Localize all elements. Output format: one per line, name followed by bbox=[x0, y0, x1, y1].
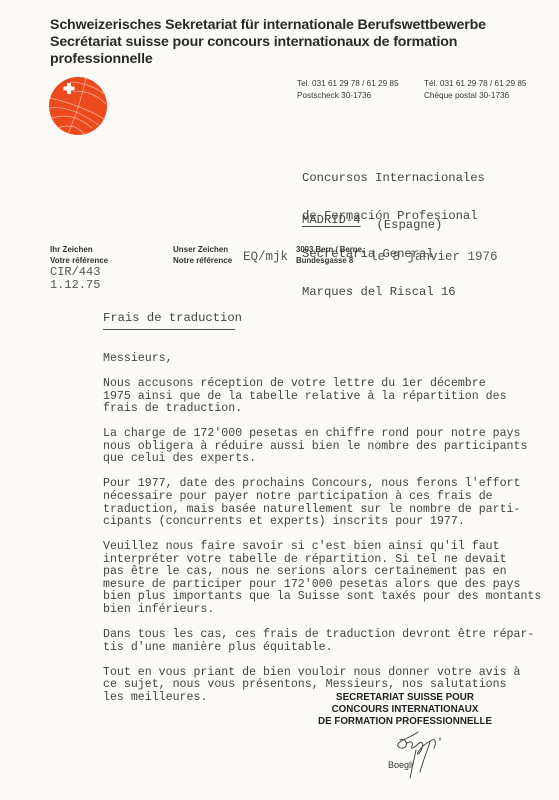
body-paragraph: Veuillez nous faire savoir si c'est bien… bbox=[103, 541, 543, 616]
stamp-line: SECRETARIAT SUISSE POUR bbox=[315, 692, 495, 704]
recipient-city: MADRID-4 bbox=[302, 213, 361, 227]
sender-address-city: 3003 Bern / Berne, bbox=[296, 245, 364, 256]
body-paragraph: Dans tous les cas, ces frais de traducti… bbox=[103, 629, 543, 654]
your-reference-label-de: Ihr Zeichen bbox=[50, 245, 108, 256]
sender-address: 3003 Bern / Berne, Bundesgasse 8 bbox=[296, 245, 364, 266]
letterhead-title-de: Schweizerisches Sekretariat für internat… bbox=[50, 17, 559, 34]
stamp-line: DE FORMATION PROFESSIONNELLE bbox=[315, 716, 495, 728]
recipient-city-line: MADRID-4(Espagne) bbox=[302, 213, 442, 227]
your-reference-date: 1.12.75 bbox=[50, 279, 100, 292]
letterhead-title-fr: Secrétariat suisse pour concours interna… bbox=[50, 34, 559, 68]
our-reference-label: Unser Zeichen Notre référence bbox=[173, 245, 232, 266]
our-reference-value: EQ/mjk bbox=[243, 251, 288, 264]
recipient-line: Marques del Riscal 16 bbox=[302, 286, 485, 299]
contact-de: Tel. 031 61 29 78 / 61 29 85 Postscheck … bbox=[297, 78, 399, 101]
signature-stamp: SECRETARIAT SUISSE POUR CONCOURS INTERNA… bbox=[315, 692, 495, 728]
recipient-line: Concursos Internacionales bbox=[302, 172, 485, 185]
phone-de: Tel. 031 61 29 78 / 61 29 85 bbox=[297, 78, 399, 90]
contact-fr: Tél. 031 61 29 78 / 61 29 85 Chèque post… bbox=[424, 78, 526, 101]
subject-underline bbox=[103, 329, 235, 330]
body-paragraph: Pour 1977, date des prochains Concours, … bbox=[103, 478, 543, 528]
body-paragraph: Nous accusons réception de votre lettre … bbox=[103, 378, 543, 416]
your-reference-value: CIR/443 1.12.75 bbox=[50, 266, 100, 292]
phone-fr: Tél. 031 61 29 78 / 61 29 85 bbox=[424, 78, 526, 90]
our-reference-label-fr: Notre référence bbox=[173, 256, 232, 267]
subject-line: Frais de traduction bbox=[103, 311, 242, 325]
your-reference-label: Ihr Zeichen Votre référence bbox=[50, 245, 108, 266]
letterhead: Schweizerisches Sekretariat für internat… bbox=[50, 17, 559, 68]
handwritten-signature-icon bbox=[370, 730, 460, 780]
stamp-line: CONCOURS INTERNATIONAUX bbox=[315, 704, 495, 716]
swiss-cross-globe-logo-icon bbox=[48, 76, 108, 136]
letter-date: le 8 janvier 1976 bbox=[370, 251, 498, 264]
signer-name: Boegli bbox=[388, 760, 413, 770]
sender-address-street: Bundesgasse 8 bbox=[296, 256, 364, 267]
letter-body: Messieurs, Nous accusons réception de vo… bbox=[103, 353, 543, 717]
recipient-country: (Espagne) bbox=[377, 218, 443, 232]
postal-account-fr: Chèque postal 30-1736 bbox=[424, 90, 526, 102]
our-reference-label-de: Unser Zeichen bbox=[173, 245, 232, 256]
postal-account-de: Postscheck 30-1736 bbox=[297, 90, 399, 102]
salutation: Messieurs, bbox=[103, 353, 543, 366]
body-paragraph: La charge de 172'000 pesetas en chiffre … bbox=[103, 428, 543, 466]
